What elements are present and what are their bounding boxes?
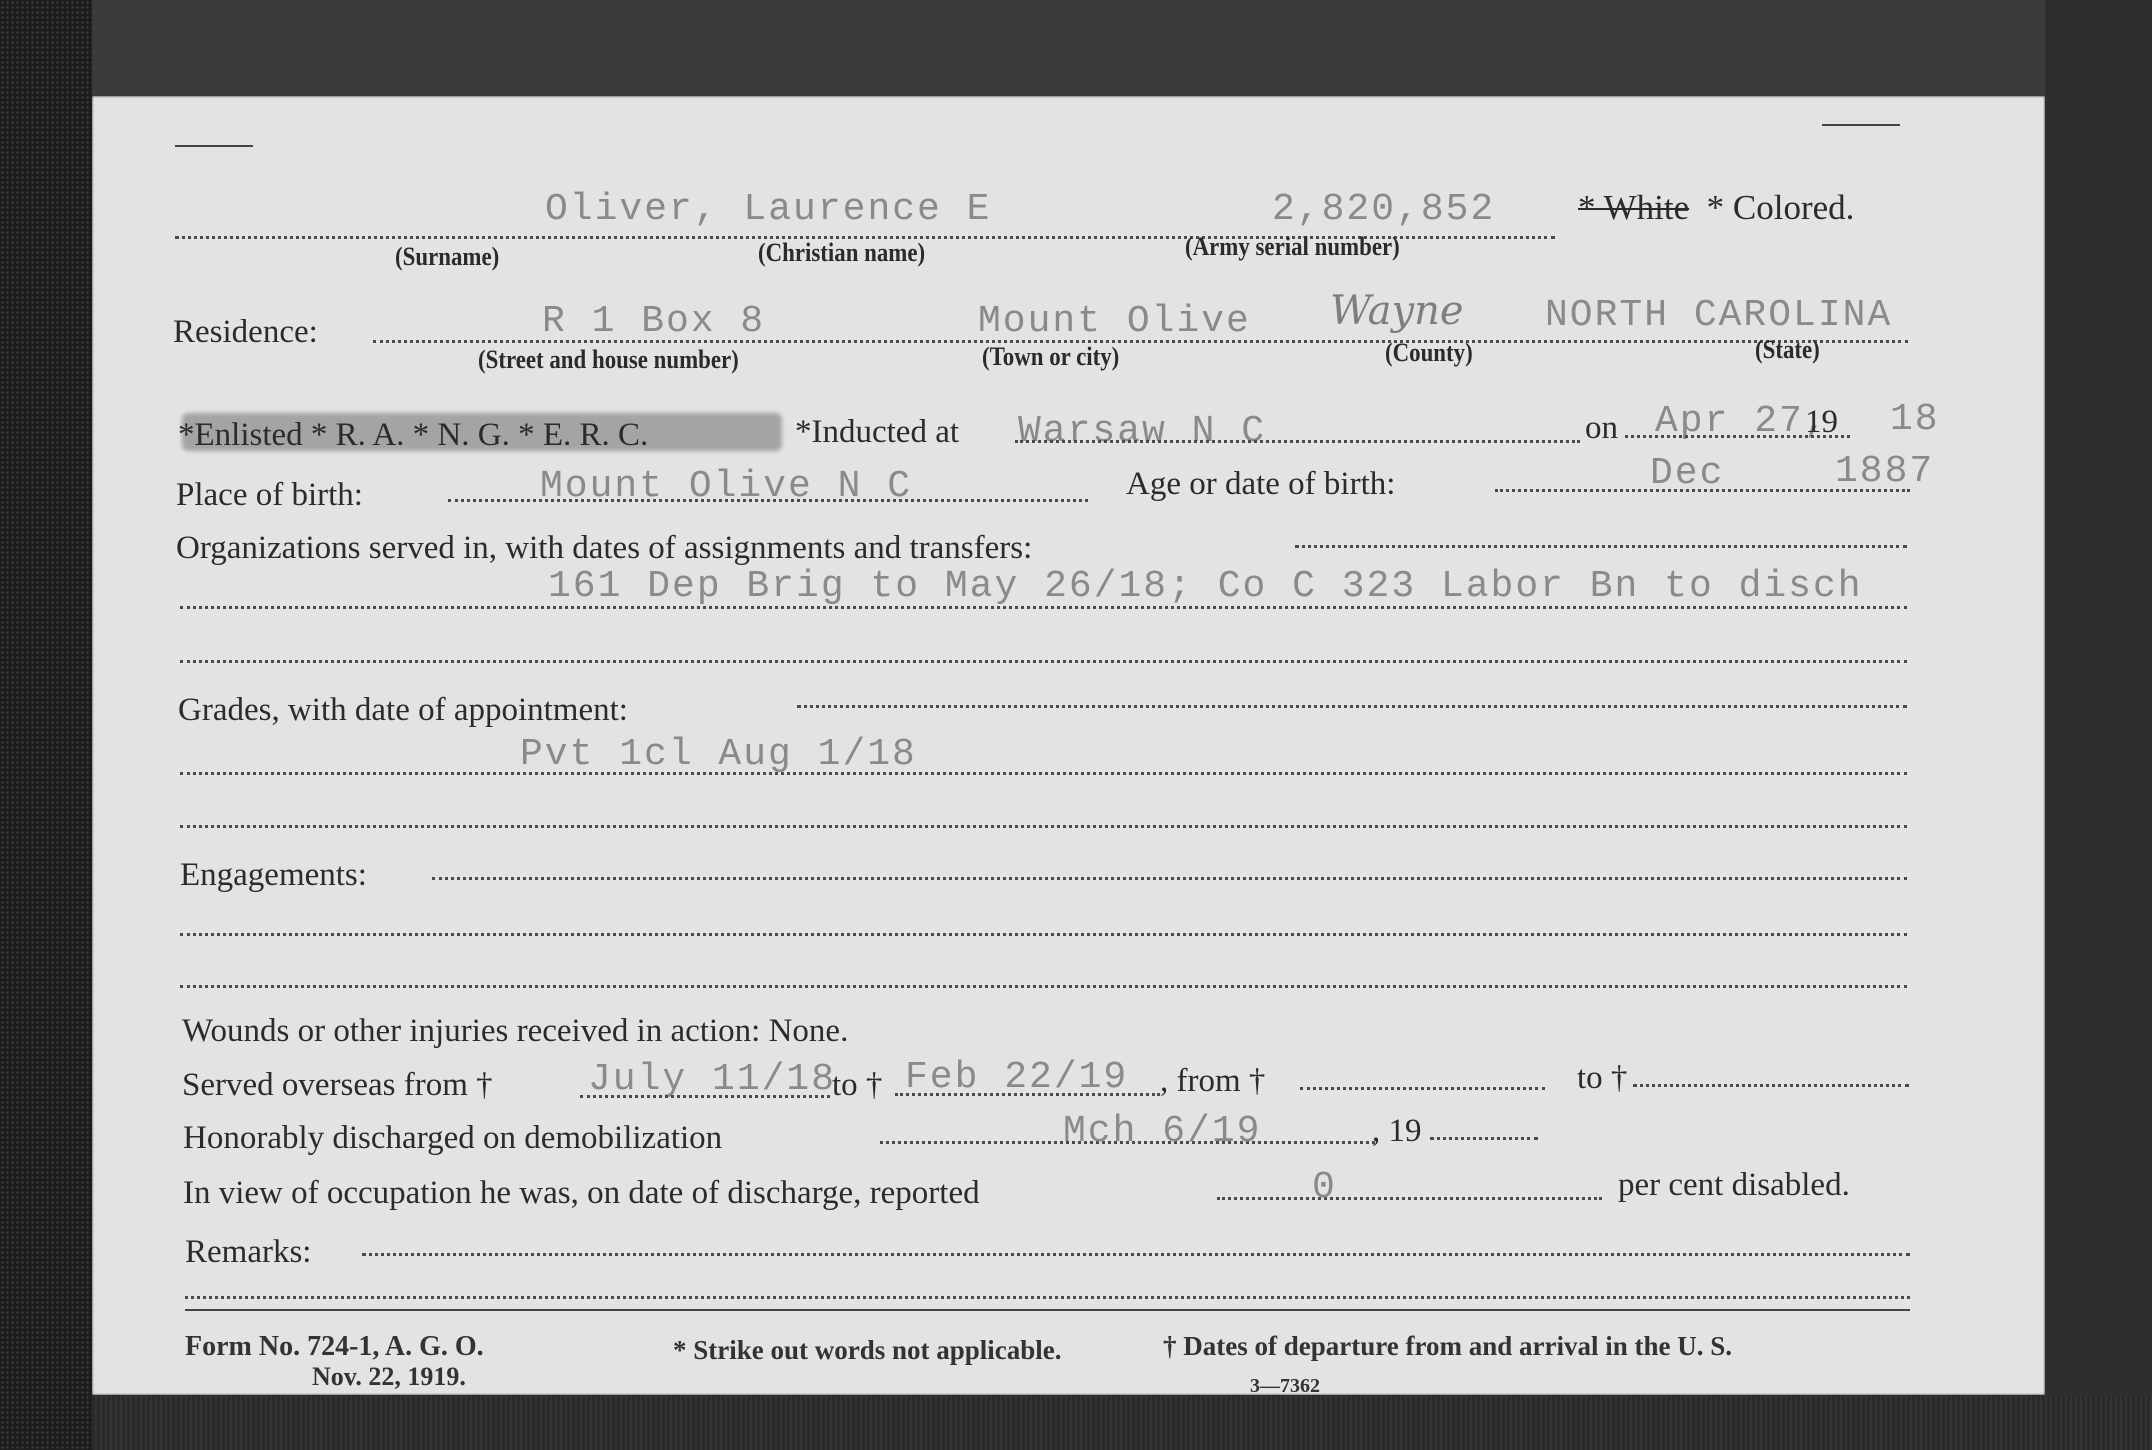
overseas-to2-label: to †	[1577, 1060, 1627, 1097]
form-date: Nov. 22, 1919.	[312, 1362, 466, 1392]
served-overseas-label: Served overseas from †	[182, 1067, 493, 1104]
residence-label: Residence:	[173, 314, 318, 351]
engagements-label: Engagements:	[180, 857, 367, 894]
organizations-line-3	[180, 660, 1907, 663]
grades-line-3	[180, 825, 1907, 828]
background-right-strip	[2045, 0, 2152, 1450]
overseas-to-line	[895, 1093, 1160, 1096]
engagements-line-1	[432, 877, 1907, 880]
street-value: R 1 Box 8	[542, 300, 765, 343]
top-left-rule	[175, 145, 253, 147]
print-code: 3—7362	[1250, 1375, 1320, 1398]
year-prefix: 19	[1805, 404, 1838, 441]
place-of-birth-label: Place of birth:	[176, 477, 363, 514]
discharge-date-value: Mch 6/19	[1063, 1110, 1261, 1153]
background-bottom-strip	[92, 1395, 2152, 1450]
state-label: (State)	[1755, 335, 1820, 365]
grades-value: Pvt 1cl Aug 1/18	[520, 733, 917, 776]
overseas-to2-line	[1633, 1084, 1909, 1087]
age-line	[1495, 489, 1910, 492]
disability-label: In view of occupation he was, on date of…	[183, 1175, 980, 1212]
grades-line-2	[180, 772, 1907, 775]
discharge-year-line	[1430, 1137, 1538, 1140]
town-label: (Town or city)	[982, 342, 1119, 372]
dates-note: † Dates of departure from and arrival in…	[1163, 1331, 1732, 1362]
serial-number-label: (Army serial number)	[1185, 232, 1400, 262]
inducted-place-value: Warsaw N C	[1018, 410, 1266, 453]
state-value: NORTH CAROLINA	[1545, 294, 1892, 337]
organizations-line-2	[180, 606, 1907, 609]
overseas-from2-label: , from †	[1160, 1063, 1265, 1100]
disability-suffix: per cent disabled.	[1618, 1167, 1850, 1204]
engagements-line-2	[180, 933, 1907, 936]
engagements-line-3	[180, 985, 1907, 988]
street-label: (Street and house number)	[478, 345, 739, 375]
overseas-to-label: to †	[832, 1067, 882, 1104]
place-of-birth-line	[448, 499, 1088, 502]
overseas-from2-line	[1300, 1087, 1545, 1090]
birth-year-value: 1887	[1835, 450, 1934, 493]
organizations-label: Organizations served in, with dates of a…	[176, 530, 1032, 567]
grades-label: Grades, with date of appointment:	[178, 692, 628, 729]
discharge-year-suffix: , 19	[1372, 1113, 1422, 1150]
induction-year-value: 18	[1890, 398, 1940, 441]
wounds-label: Wounds or other injuries received in act…	[182, 1013, 848, 1050]
card-number-rule	[1822, 124, 1900, 126]
inducted-line	[1015, 440, 1580, 443]
remarks-line-1	[362, 1253, 1910, 1256]
form-number: Form No. 724-1, A. G. O.	[185, 1331, 484, 1363]
organizations-value: 161 Dep Brig to May 26/18; Co C 323 Labo…	[548, 565, 1863, 608]
enlistment-options: *Enlisted * R. A. * N. G. * E. R. C.	[178, 417, 648, 454]
disability-line	[1217, 1197, 1602, 1200]
age-label: Age or date of birth:	[1126, 466, 1395, 503]
county-label: (County)	[1385, 338, 1473, 368]
strike-out-note: * Strike out words not applicable.	[673, 1335, 1062, 1366]
background-left-strip	[0, 0, 92, 1450]
organizations-line-1	[1295, 545, 1907, 548]
inducted-label: *Inducted at	[795, 414, 959, 451]
footer-rule	[185, 1309, 1910, 1311]
remarks-label: Remarks:	[185, 1234, 311, 1271]
christian-name-label: (Christian name)	[758, 238, 925, 268]
overseas-from-line	[580, 1095, 830, 1098]
on-label: on	[1585, 410, 1618, 447]
race-colored: * Colored.	[1707, 188, 1855, 227]
surname-label: (Surname)	[395, 242, 499, 272]
grades-line-1	[797, 705, 1907, 708]
discharge-label: Honorably discharged on demobilization	[183, 1120, 722, 1157]
county-value: Wayne	[1330, 288, 1464, 334]
race-white-struck: * White	[1578, 188, 1689, 227]
remarks-line-2	[185, 1296, 1910, 1299]
name-value: Oliver, Laurence E	[545, 188, 991, 231]
disability-percent-value: 0	[1312, 1166, 1337, 1209]
town-value: Mount Olive	[978, 300, 1251, 343]
serial-number-value: 2,820,852	[1272, 188, 1495, 231]
